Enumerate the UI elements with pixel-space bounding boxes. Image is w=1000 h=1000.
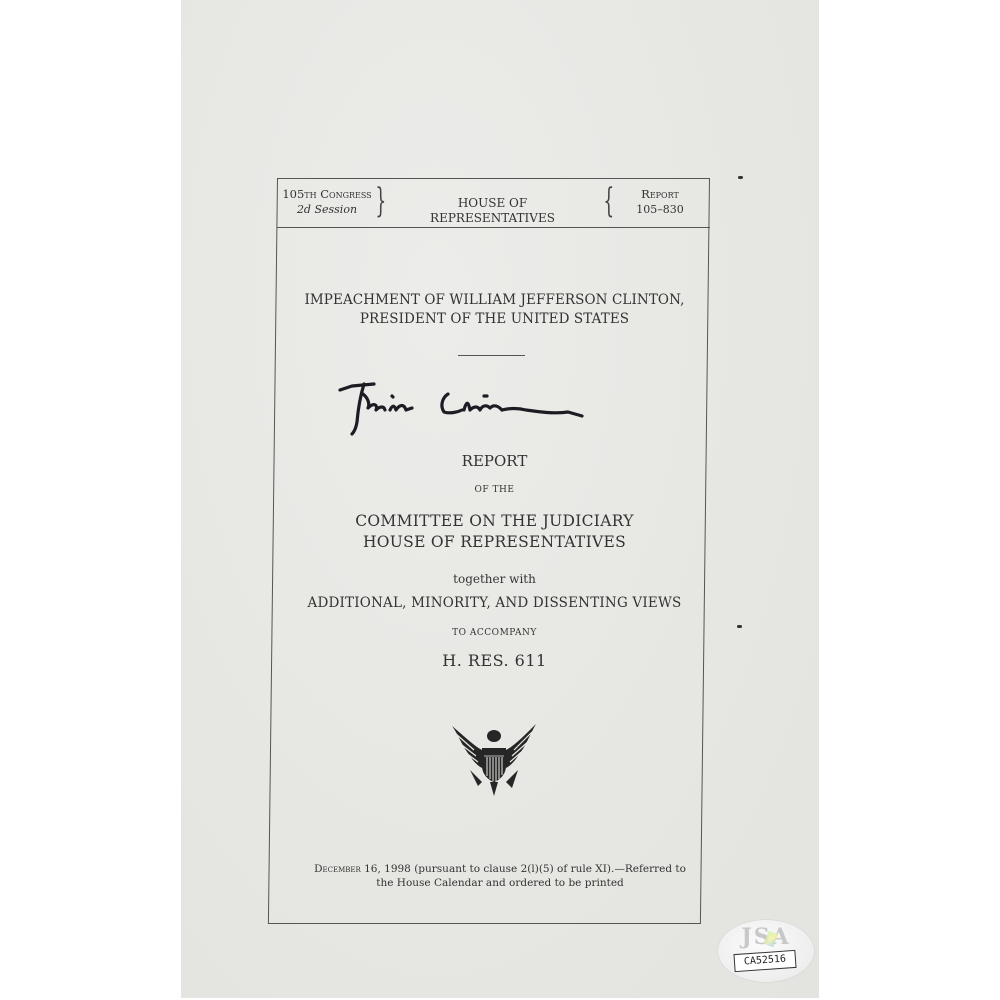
to-accompany-label: TO ACCOMPANY [277,628,712,638]
resolution-number: H. RES. 611 [277,651,712,670]
committee-name: COMMITTEE ON THE JUDICIARY HOUSE OF REPR… [277,511,712,553]
eagle-seal-icon [448,720,540,802]
footer-note: December 16, 1998 (pursuant to clause 2(… [290,862,710,890]
signature-autograph [330,372,610,442]
views-label: ADDITIONAL, MINORITY, AND DISSENTING VIE… [277,595,712,611]
header-divider [277,227,710,228]
congress-session: 105th Congress 2d Session [280,187,374,217]
authentication-sticker: JSA CA52516 [718,920,814,982]
certificate-number: CA52516 [733,950,796,972]
footer-line-2: the House Calendar and ordered to be pri… [290,876,710,890]
title-rule [458,355,525,356]
ink-mark [737,625,742,628]
ink-mark [738,176,743,179]
footer-line-1: December 16, 1998 (pursuant to clause 2(… [290,862,710,876]
left-brace-icon: { [603,183,614,219]
session-label: 2d Session [280,202,374,217]
chamber-label: HOUSE OF REPRESENTATIVES [395,196,590,226]
report-id: Report 105–830 [622,187,698,217]
of-the-label: OF THE [277,485,712,495]
committee-line-2: HOUSE OF REPRESENTATIVES [277,532,712,553]
footer-line-1-text: 16, 1998 (pursuant to clause 2(l)(5) of … [361,863,686,875]
report-heading: REPORT [277,452,712,470]
document-title: IMPEACHMENT OF WILLIAM JEFFERSON CLINTON… [277,291,712,329]
title-line-1: IMPEACHMENT OF WILLIAM JEFFERSON CLINTON… [277,291,712,310]
right-brace-icon: } [375,183,386,219]
title-line-2: PRESIDENT OF THE UNITED STATES [277,310,712,329]
report-number: 105–830 [622,202,698,217]
footer-date: December [314,863,361,875]
committee-line-1: COMMITTEE ON THE JUDICIARY [277,511,712,532]
congress-label: 105th Congress [280,187,374,202]
together-with-label: together with [277,572,712,586]
report-label: Report [622,187,698,202]
